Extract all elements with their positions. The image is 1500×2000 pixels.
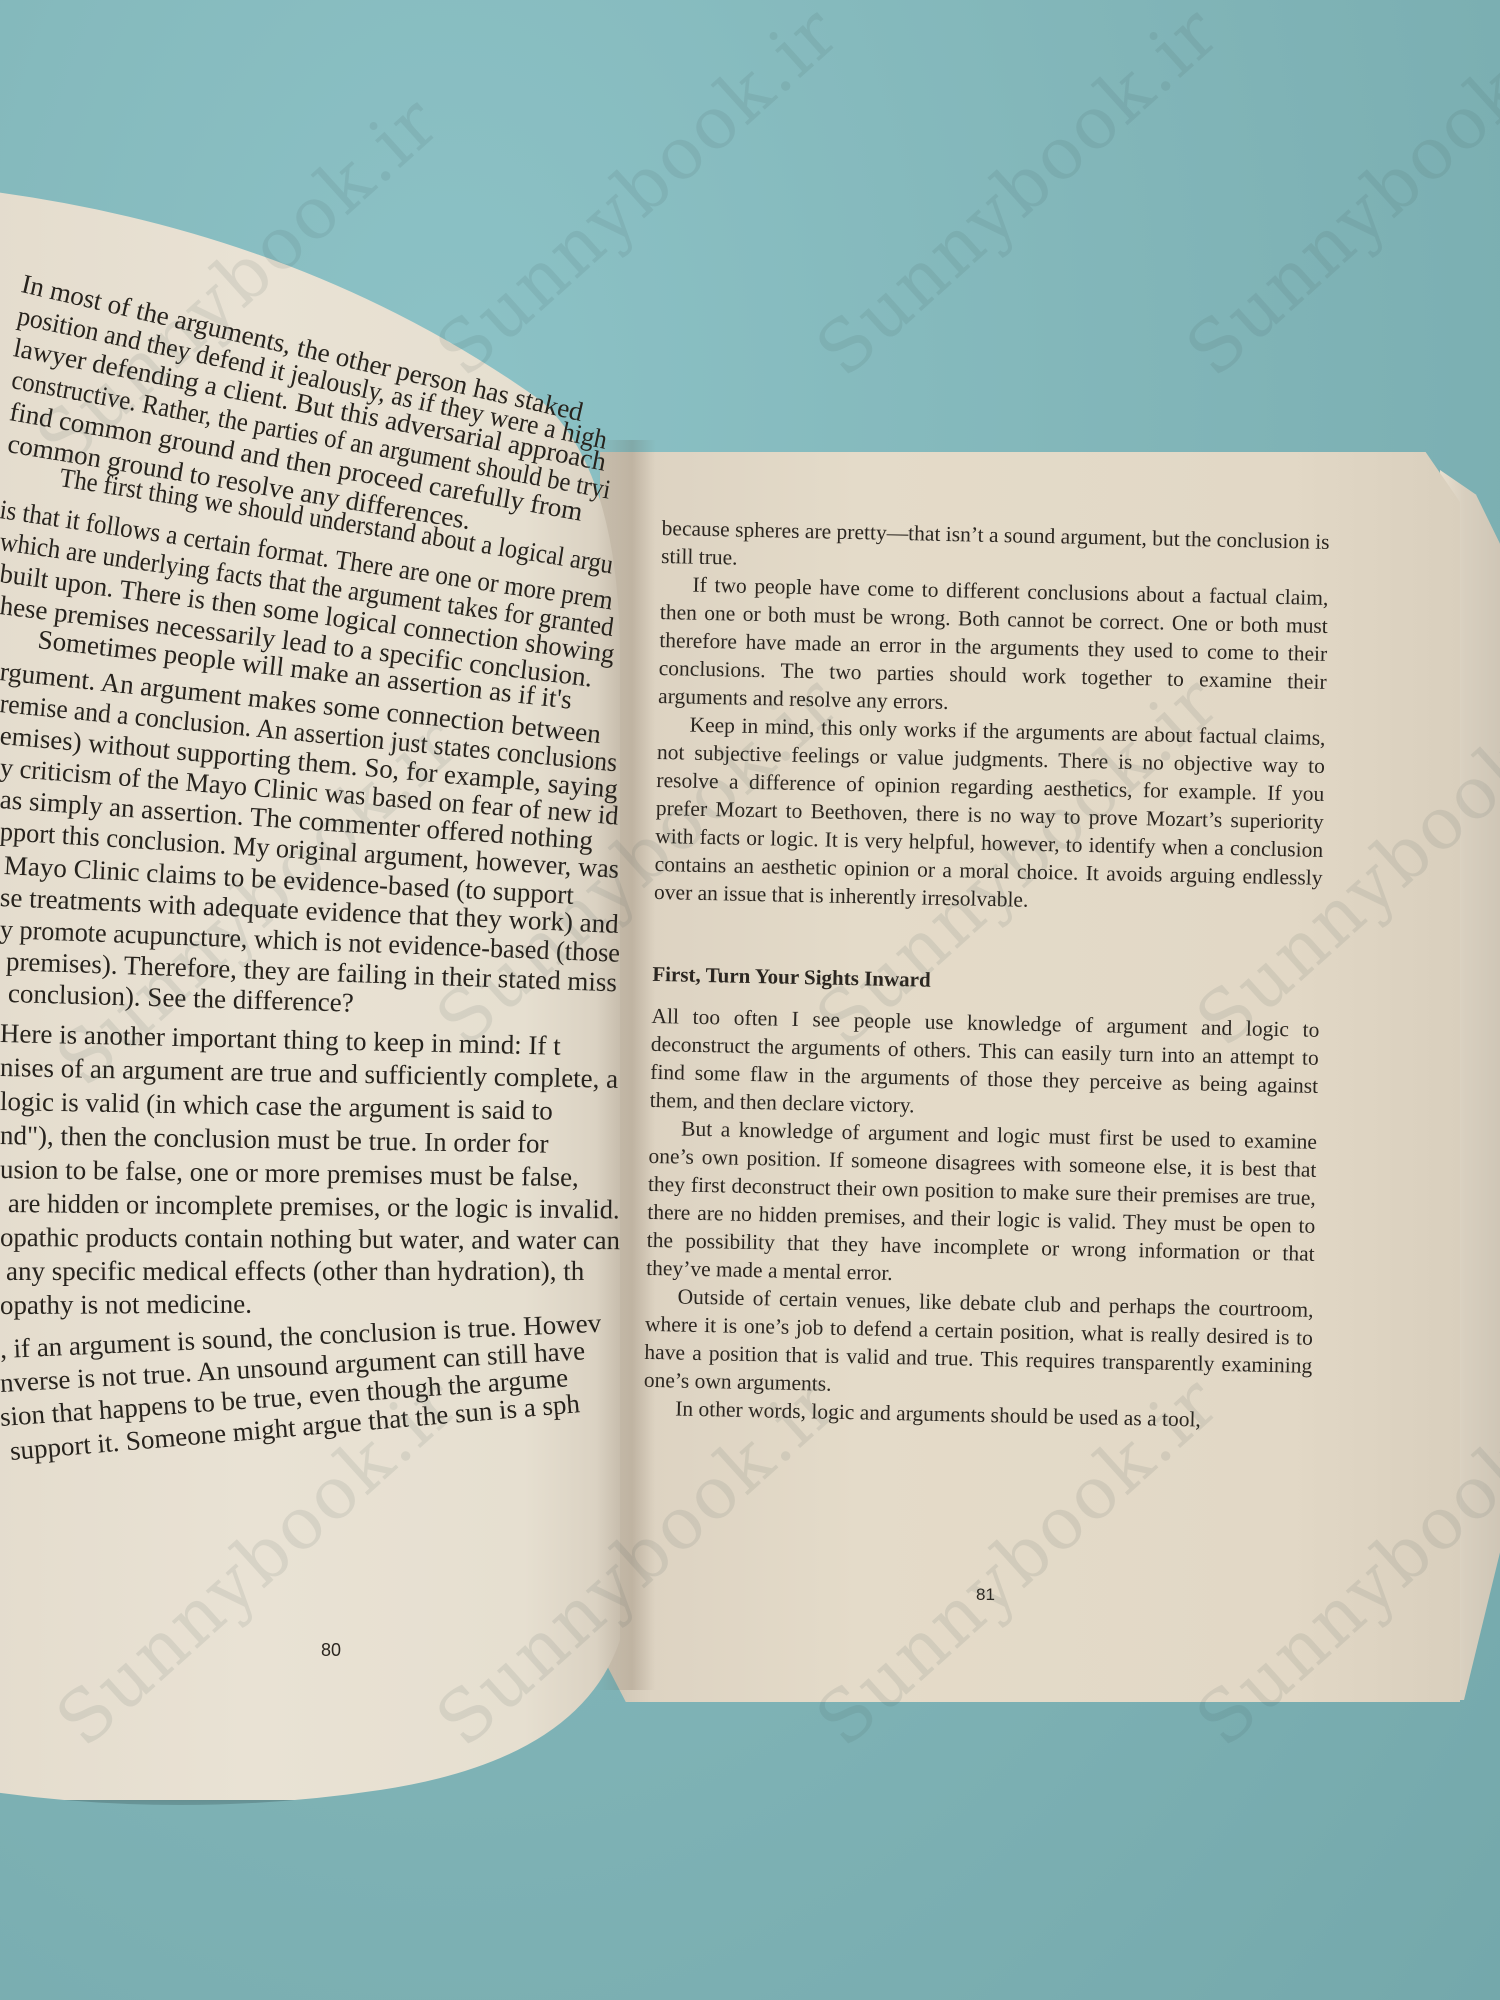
right-page-body: because spheres are pretty—that isn’t a … <box>643 514 1330 1436</box>
page-number: 80 <box>321 1640 341 1661</box>
watermark: Sunnybook.ir <box>800 0 1235 392</box>
text-line: opathy is not medicine. <box>0 1289 252 1321</box>
text-line: are hidden or incomplete premises, or th… <box>8 1188 620 1225</box>
paragraph: If two people have come to different con… <box>658 570 1329 724</box>
watermark: Sunnybook.ir <box>1170 0 1500 392</box>
paragraph: Keep in mind, this only works if the arg… <box>654 710 1326 920</box>
text-line: opathic products contain nothing but wat… <box>0 1222 620 1256</box>
left-page-body: In most of the arguments, the other pers… <box>0 0 640 1700</box>
book-photo-scene: because spheres are pretty—that isn’t a … <box>0 0 1500 2000</box>
paragraph: But a knowledge of argument and logic mu… <box>646 1114 1317 1296</box>
paragraph: All too often I see people use knowledge… <box>649 1002 1319 1128</box>
paragraph: Outside of certain venues, like debate c… <box>644 1282 1314 1408</box>
text-line: any specific medical effects (other than… <box>6 1256 584 1287</box>
text-line: nd"), then the conclusion must be true. … <box>0 1120 549 1160</box>
text-line: usion to be false, one or more premises … <box>0 1154 579 1193</box>
page-number: 81 <box>976 1585 995 1605</box>
section-heading: First, Turn Your Sights Inward <box>652 960 1320 1002</box>
